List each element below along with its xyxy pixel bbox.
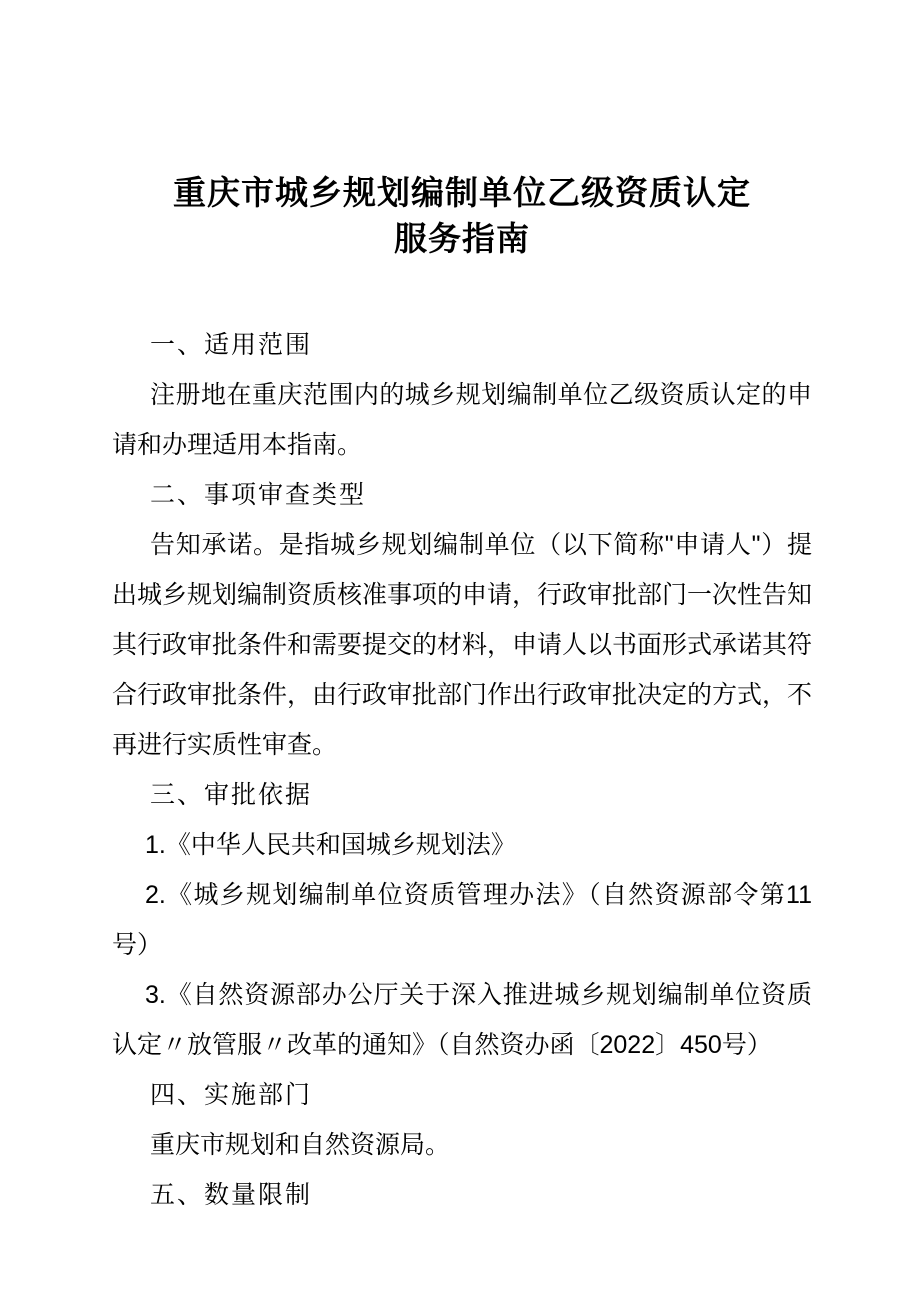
section-heading-quantity-limit: 五、数量限制: [112, 1170, 812, 1220]
approval-basis-item-3: 3.《自然资源部办公厅关于深入推进城乡规划编制单位资质认定〃放管服〃改革的通知》…: [112, 970, 812, 1070]
paragraph-implementing-department: 重庆市规划和自然资源局。: [112, 1120, 812, 1170]
section-heading-scope: 一、适用范围: [112, 320, 812, 370]
approval-basis-item-1: 1.《中华人民共和国城乡规划法》: [112, 820, 812, 870]
document-page: 重庆市城乡规划编制单位乙级资质认定 服务指南 一、适用范围 注册地在重庆范围内的…: [0, 0, 920, 1301]
paragraph-scope: 注册地在重庆范围内的城乡规划编制单位乙级资质认定的申请和办理适用本指南。: [112, 370, 812, 470]
document-title-line2: 服务指南: [112, 216, 812, 262]
document-body: 一、适用范围 注册地在重庆范围内的城乡规划编制单位乙级资质认定的申请和办理适用本…: [112, 320, 812, 1220]
section-heading-approval-basis: 三、审批依据: [112, 770, 812, 820]
section-heading-implementing-department: 四、实施部门: [112, 1070, 812, 1120]
paragraph-review-type: 告知承诺。是指城乡规划编制单位（以下简称"申请人"）提出城乡规划编制资质核准事项…: [112, 520, 812, 770]
section-heading-review-type: 二、事项审查类型: [112, 470, 812, 520]
document-title: 重庆市城乡规划编制单位乙级资质认定 服务指南: [112, 170, 812, 262]
approval-basis-item-2: 2.《城乡规划编制单位资质管理办法》（自然资源部令第11号）: [112, 870, 812, 970]
document-title-line1: 重庆市城乡规划编制单位乙级资质认定: [112, 170, 812, 216]
